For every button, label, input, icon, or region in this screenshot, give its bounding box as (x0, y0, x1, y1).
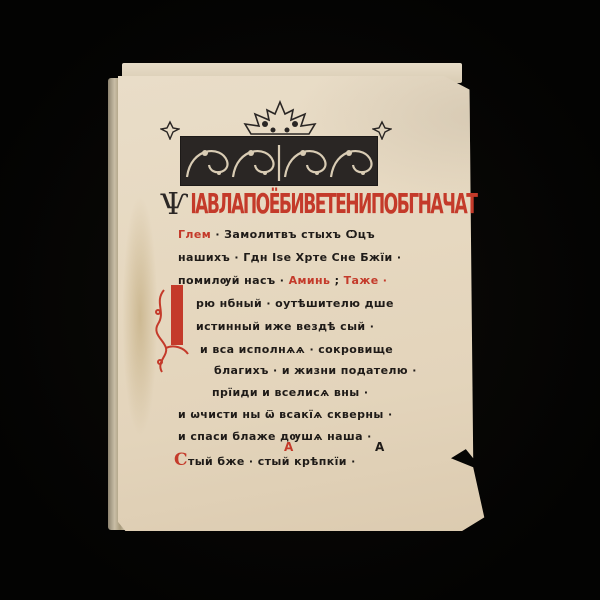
text-line-10: и спаси блаже дѹшѧ наша · (178, 430, 372, 443)
title-line: Ѱ ІАВЛАПОЁБИВЕТЕНИПОБГНАЧАТ (160, 190, 395, 220)
flower-left-icon (160, 120, 180, 140)
text-line-11: Стый бже · стый крѣпкїи · (174, 450, 356, 470)
floral-scroll-icon (181, 137, 377, 185)
text-line-3: помилѹй насъ · Аминь ; Таже · (178, 274, 387, 287)
text-line-6: и вса исполнѧѧ · сокровище (200, 343, 393, 356)
text-line-5: истинный иже вездѣ сый · (196, 320, 374, 333)
text-line-4: рю нбный · оутѣшителю дше (196, 297, 394, 310)
crest-ornament-icon (235, 100, 325, 138)
page-mark-left: А (284, 440, 293, 454)
text-line-9: и ѡчисти ны ѿ всакїѧ скверны · (178, 408, 393, 421)
text-line-8: прїиди и вселисѧ вны · (212, 386, 368, 399)
text-line-1: Глем · Замолитвъ стыхъ Ѻцъ (178, 228, 375, 241)
red-initial-letter-icon (150, 282, 190, 377)
title-initial: Ѱ (160, 190, 188, 220)
text-line-7: благихъ · и жизни подателю · (214, 364, 417, 377)
headpiece-ornament (180, 136, 378, 186)
text-line-2: нашихъ · Гдн Іѕе Хрте Сне Бжїи · (178, 251, 401, 264)
title-text: ІАВЛАПОЁБИВЕТЕНИПОБГНАЧАТ (190, 188, 476, 220)
page-mark-right: А (375, 440, 384, 454)
